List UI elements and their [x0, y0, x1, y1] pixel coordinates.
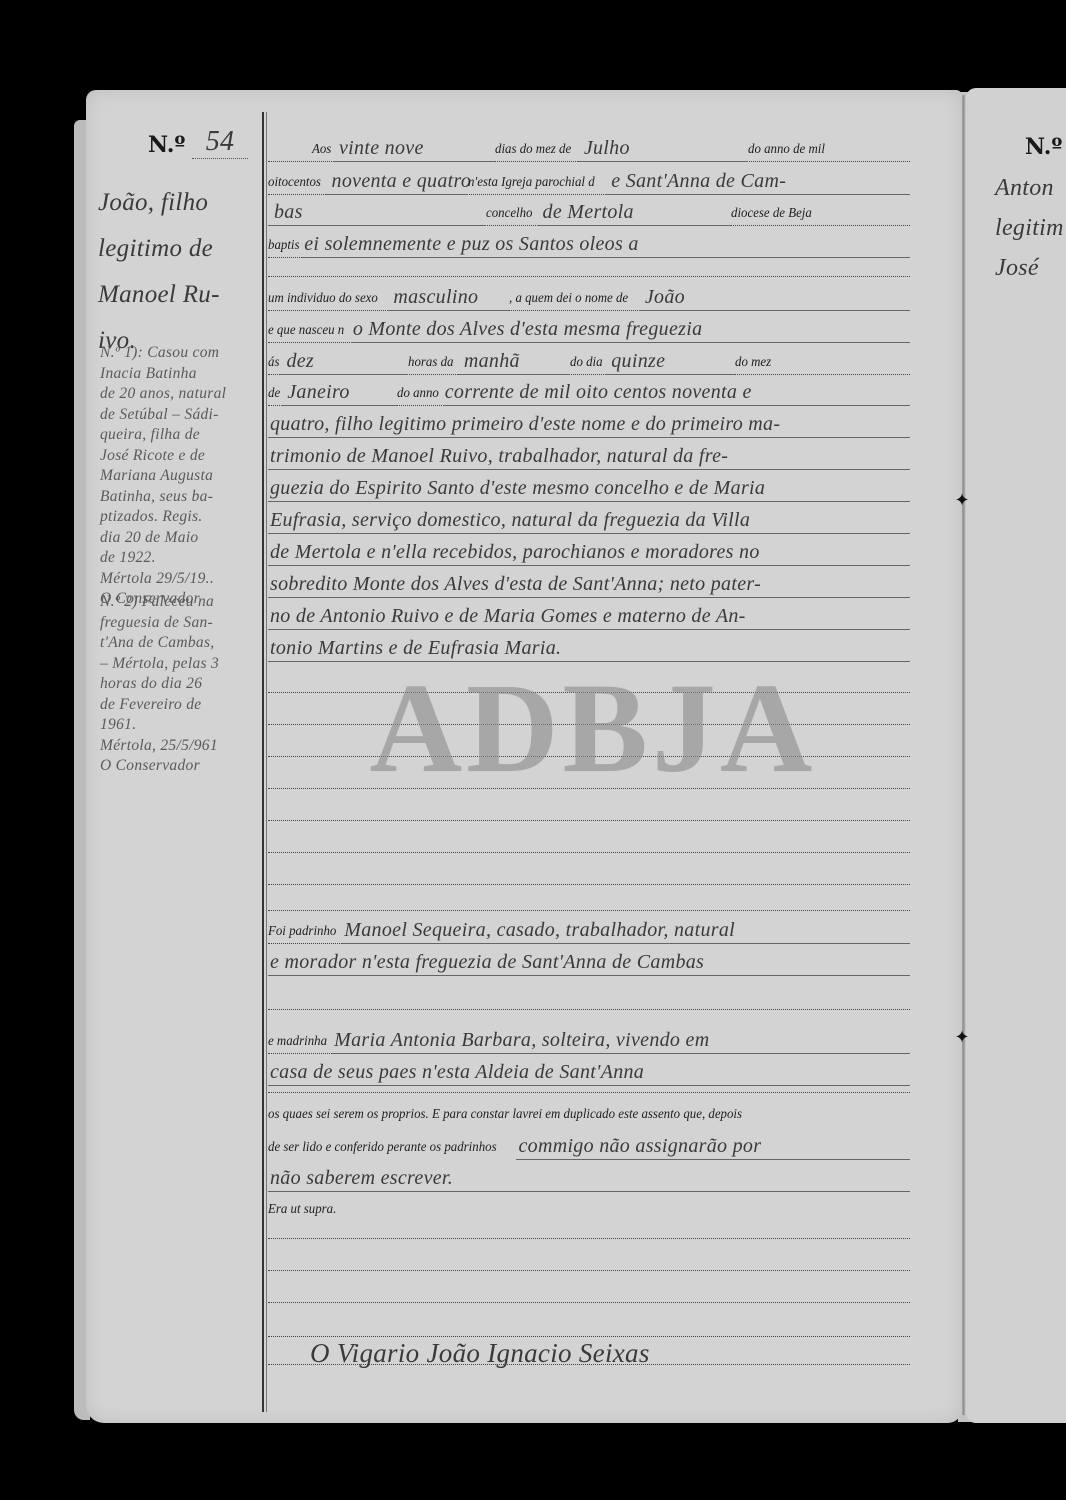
- continuation-line: quatro, filho legitimo primeiro d'este n…: [268, 406, 910, 438]
- form-line-nasceu: e que nasceu n o Monte dos Alves d'esta …: [268, 311, 910, 343]
- form-line-baptis: baptis ei solemnemente e puz os Santos o…: [268, 226, 910, 258]
- continuation-text: guezia do Espirito Santo d'este mesmo co…: [268, 476, 910, 502]
- form-line-closing-2: de ser lido e conferido perante os padri…: [268, 1128, 910, 1159]
- form-line-closing: os quaes sei serem os proprios. E para c…: [268, 1095, 910, 1126]
- field-birthplace: o Monte dos Alves d'esta mesma freguezia: [351, 317, 910, 343]
- form-line-padrinho-cont: e morador n'esta freguezia de Sant'Anna …: [268, 944, 910, 976]
- entry-number-label: N.º: [148, 132, 185, 158]
- form-line-padrinho: Foi padrinho Manoel Sequeira, casado, tr…: [268, 912, 910, 944]
- continuation-line: Eufrasia, serviço domestico, natural da …: [268, 502, 910, 534]
- death-annotation: N.º 2) Faleceu na freguesia de San- t'An…: [100, 592, 260, 777]
- field-name: João: [639, 285, 910, 311]
- field-period: manhã: [458, 349, 570, 375]
- blank-line: [268, 1238, 910, 1239]
- field-signing-note: commigo não assignarão por: [516, 1134, 910, 1160]
- label-oitocentos: oitocentos: [268, 175, 321, 194]
- field-year: noventa e quatro: [326, 169, 468, 195]
- blank-line: [268, 1092, 910, 1093]
- label-nasceu: e que nasceu n: [268, 323, 344, 342]
- form-line-closing-3: não saberem escrever.: [268, 1160, 910, 1192]
- label-igreja: n'esta Igreja parochial d: [468, 175, 595, 194]
- blank-line: [268, 276, 910, 277]
- continuation-line: trimonio de Manoel Ruivo, trabalhador, n…: [268, 438, 910, 470]
- continuation-text: sobredito Monte dos Alves d'esta de Sant…: [268, 572, 910, 598]
- closing-text: os quaes sei serem os proprios. E para c…: [268, 1107, 742, 1126]
- field-sex: masculino: [387, 285, 509, 311]
- blank-line: [268, 1302, 910, 1303]
- blank-line: [268, 756, 910, 757]
- era-ut-supra: Era ut supra.: [268, 1202, 336, 1221]
- margin-rule: [262, 112, 264, 1412]
- blank-line: [268, 910, 910, 911]
- vicar-signature: O Vigario João Ignacio Seixas: [310, 1338, 650, 1369]
- label-diocese: diocese de Beja: [731, 206, 812, 225]
- label-de: de: [268, 386, 280, 405]
- margin-rule-inner: [266, 112, 267, 1412]
- blank-line: [268, 1270, 910, 1271]
- blank-line: [268, 724, 910, 725]
- field-godmother: Maria Antonia Barbara, solteira, vivendo…: [332, 1028, 910, 1054]
- form-line-year-parish: oitocentos noventa e quatro n'esta Igrej…: [268, 163, 910, 195]
- field-birth-month: Janeiro: [281, 380, 397, 406]
- form-line-concelho: bas concelho de Mertola diocese de Beja: [268, 194, 910, 226]
- continuation-text: trimonio de Manoel Ruivo, trabalhador, n…: [268, 444, 910, 470]
- continuation-text: Eufrasia, serviço domestico, natural da …: [268, 508, 910, 534]
- binding-stitch-icon: ✦: [953, 1029, 971, 1047]
- form-line-sexo: um individuo do sexo masculino , a quem …: [268, 279, 910, 311]
- form-line-horas: ás dez horas da manhã do dia quinze do m…: [268, 343, 910, 375]
- label-as: ás: [268, 355, 279, 374]
- label-dia: do dia: [570, 355, 603, 374]
- continuation-text: tonio Martins e de Eufrasia Maria.: [268, 636, 910, 662]
- field-birth-year: corrente de mil oito centos noventa e: [443, 380, 910, 406]
- blank-line: [268, 692, 910, 693]
- label-padrinhos: de ser lido e conferido perante os padri…: [268, 1140, 497, 1159]
- field-parish-cont: bas: [268, 200, 486, 226]
- field-hour: dez: [280, 349, 408, 375]
- form-line-era: Era ut supra.: [268, 1190, 910, 1221]
- continuation-line: tonio Martins e de Eufrasia Maria.: [268, 630, 910, 662]
- form-line-anno: de Janeiro do anno corrente de mil oito …: [268, 374, 910, 406]
- label-aos: Aos: [312, 142, 331, 161]
- continuation-text: de Mertola e n'ella recebidos, parochian…: [268, 540, 910, 566]
- form-line-madrinha-cont: casa de seus paes n'esta Aldeia de Sant'…: [268, 1054, 910, 1086]
- continuation-line: sobredito Monte dos Alves d'esta de Sant…: [268, 566, 910, 598]
- label-baptis: baptis: [268, 238, 299, 257]
- field-birth-day: quinze: [605, 349, 735, 375]
- binding-gutter: [962, 95, 965, 1415]
- field-godmother-cont: casa de seus paes n'esta Aldeia de Sant'…: [268, 1060, 910, 1086]
- entry-number: 54: [192, 126, 248, 159]
- field-month: Julho: [578, 136, 748, 162]
- blank-line: [268, 1009, 910, 1010]
- field-concelho: de Mertola: [537, 200, 731, 226]
- field-day: vinte nove: [333, 136, 495, 162]
- form-line-madrinha: e madrinha Maria Antonia Barbara, soltei…: [268, 1022, 910, 1054]
- facing-subject-summary: Anton legitim José: [995, 168, 1064, 288]
- label-dias: dias do mez de: [495, 142, 571, 161]
- label-concelho: concelho: [486, 206, 532, 225]
- subject-summary: João, filho legitimo de Manoel Ru- ivo.: [98, 180, 258, 364]
- label-sexo: um individuo do sexo: [268, 291, 378, 310]
- label-horas: horas da: [408, 355, 453, 374]
- marriage-annotation: N.º 1): Casou com Inacia Batinha de 20 a…: [100, 343, 260, 610]
- blank-line: [268, 820, 910, 821]
- blank-line: [268, 788, 910, 789]
- field-godfather: Manoel Sequeira, casado, trabalhador, na…: [342, 918, 910, 944]
- facing-page: [966, 88, 1066, 1423]
- facing-entry-number-label: N.º: [1025, 134, 1062, 160]
- binding-stitch-icon: ✦: [953, 492, 971, 510]
- blank-line: [268, 1336, 910, 1337]
- label-anno: do anno de mil: [748, 142, 825, 161]
- continuation-line: no de Antonio Ruivo e de Maria Gomes e m…: [268, 598, 910, 630]
- field-signing-note-cont: não saberem escrever.: [268, 1166, 910, 1192]
- blank-line: [268, 884, 910, 885]
- continuation-text: quatro, filho legitimo primeiro d'este n…: [268, 412, 910, 438]
- field-godfather-cont: e morador n'esta freguezia de Sant'Anna …: [268, 950, 910, 976]
- label-anno2: do anno: [397, 386, 439, 405]
- label-nome: , a quem dei o nome de: [509, 291, 628, 310]
- label-mez: do mez: [735, 355, 771, 374]
- continuation-line: guezia do Espirito Santo d'este mesmo co…: [268, 470, 910, 502]
- form-line-date: Aos vinte nove dias do mez de Julho do a…: [268, 130, 910, 162]
- field-parish: e Sant'Anna de Cam-: [605, 169, 910, 195]
- label-madrinha: e madrinha: [268, 1034, 327, 1053]
- label-padrinho: Foi padrinho: [268, 924, 336, 943]
- continuation-line: de Mertola e n'ella recebidos, parochian…: [268, 534, 910, 566]
- blank-line: [268, 852, 910, 853]
- field-baptism: ei solemnemente e puz os Santos oleos a: [302, 232, 910, 258]
- continuation-text: no de Antonio Ruivo e de Maria Gomes e m…: [268, 604, 910, 630]
